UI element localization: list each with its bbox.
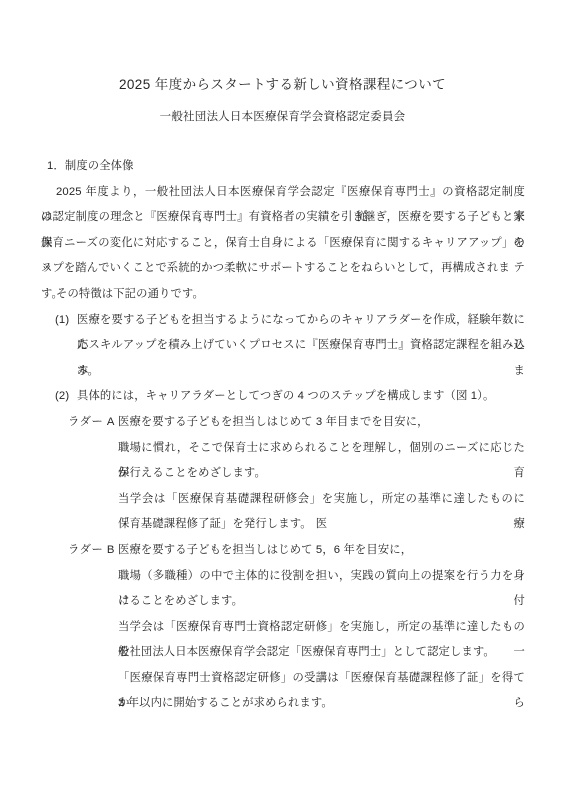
line-text: 保育基礎課程修了証」を発行します。	[118, 518, 312, 530]
line-text: けることをめざします。	[118, 595, 243, 607]
paragraph-line: その特徴は下記の通りです。	[41, 282, 525, 308]
document-page: 2025 年度からスタートする新しい資格課程について 一般社団法人日本医療保育学…	[0, 0, 565, 800]
ladder-item-line: 当学会は「医療保育専門士資格認定研修」を実施し，所定の基準に達したものを一	[41, 615, 525, 641]
ladder-item-line: 職場（多職種）の中で主体的に役割を担い，実践の質向上の提案を行う力を身に付	[41, 564, 525, 590]
ladder-item-line: 3 年以内に開始することが求められます。	[41, 691, 525, 717]
ladder-item-line: 保育基礎課程修了証」を発行します。	[41, 512, 525, 538]
ladder-item-line: が行えることをめざします。	[41, 461, 525, 487]
item-number: (2)	[55, 384, 69, 410]
numbered-item-line: (2)具体的には，キャリアラダーとしてつぎの 4 つのステップを構成します（図 …	[41, 384, 525, 410]
ladder-item-line: ラダー A医療を要する子どもを担当しはじめて 3 年目までを目安に，	[41, 410, 525, 436]
section-heading: 1．制度の全体像	[41, 154, 525, 180]
line-text: 般社団法人日本医療保育学会認定「医療保育専門士」として認定します。	[118, 646, 495, 658]
document-body: 1．制度の全体像 2025 年度より，一般社団法人日本医療保育学会認定『医療保育…	[41, 154, 525, 717]
line-text: 医療を要する子どもを担当しはじめて 5，6 年を目安に，	[118, 544, 412, 556]
paragraph-line: 2025 年度より，一般社団法人日本医療保育学会認定『医療保育専門士』の資格認定…	[41, 180, 525, 206]
line-text: す。	[77, 365, 99, 377]
ladder-item-line: 当学会は「医療保育基礎課程研修会」を実施し，所定の基準に達したものに「医療	[41, 487, 525, 513]
line-text: その特徴は下記の通りです。	[56, 288, 204, 300]
line-text: 3 年以内に開始することが求められます。	[118, 697, 333, 709]
ladder-item-line: 般社団法人日本医療保育学会認定「医療保育専門士」として認定します。	[41, 640, 525, 666]
ladder-item-line: けることをめざします。	[41, 589, 525, 615]
paragraph-line: の認定制度の理念と『医療保育専門士』有資格者の実績を引き継ぎ，医療を要する子ども…	[41, 205, 525, 231]
ladder-item-line: ラダー B医療を要する子どもを担当しはじめて 5，6 年を目安に，	[41, 538, 525, 564]
ladder-label: ラダー B	[68, 538, 115, 564]
line-text: 具体的には，キャリアラダーとしてつぎの 4 つのステップを構成します（図 1）。	[77, 390, 494, 402]
ladder-label: ラダー A	[68, 410, 115, 436]
numbered-item-line: (1)医療を要する子どもを担当するようになってからのキャリアラダーを作成，経験年…	[41, 308, 525, 334]
document-title: 2025 年度からスタートする新しい資格課程について	[0, 77, 565, 93]
item-number: (1)	[55, 308, 69, 334]
paragraph-line: ップを踏んでいくことで系統的かつ柔軟にサポートすることをねらいとして，再構成され…	[41, 256, 525, 282]
ladder-item-line: 「医療保育専門士資格認定研修」の受講は「医療保育基礎課程修了証」を得てから	[41, 666, 525, 692]
document-subtitle: 一般社団法人日本医療保育学会資格認定委員会	[0, 110, 565, 124]
numbered-item-line: たスキルアップを積み上げていくプロセスに『医療保育専門士』資格認定課程を組み込み…	[41, 333, 525, 359]
paragraph-line: 保育ニーズの変化に対応すること，保育士自身による「医療保育に関するキャリアアップ…	[41, 231, 525, 257]
numbered-item-line: す。	[41, 359, 525, 385]
line-text: 医療を要する子どもを担当しはじめて 3 年目までを目安に，	[118, 416, 429, 428]
line-text: が行えることをめざします。	[118, 467, 266, 479]
ladder-item-line: 職場に慣れ，そこで保育士に求められることを理解し，個別のニーズに応じた保育	[41, 436, 525, 462]
